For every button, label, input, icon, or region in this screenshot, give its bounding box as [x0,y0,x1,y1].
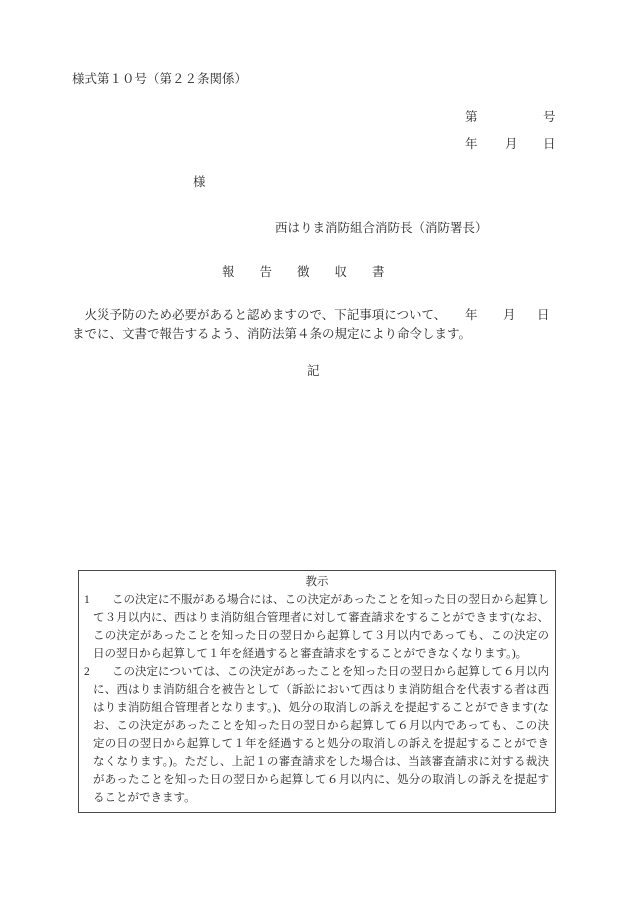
notice-box: 教示 1 この決定に不服がある場合には、この決定があったことを知った日の翌日から… [78,570,556,813]
notice-item-2-number: 2 [84,663,90,681]
body-date-month-label: 月 [503,306,516,325]
document-title: 報 告 徴 収 書 [222,265,385,280]
notice-item-1-number: 1 [84,591,90,609]
doc-number-prefix: 第 [465,110,478,125]
issuer-name: 西はりま消防組合消防長（消防署長） [275,221,488,236]
body-date-year-label: 年 [465,306,478,325]
date-year-label: 年 [465,137,478,152]
notice-item-1: 1 この決定に不服がある場合には、この決定があったことを知った日の翌日から起算し… [85,591,549,663]
record-marker: 記 [307,364,320,379]
date-day-label: 日 [543,137,556,152]
notice-item-2-text: この決定については、この決定があったことを知った日の翌日から起算して６月以内に、… [93,666,549,804]
date-month-label: 月 [505,137,518,152]
body-paragraph-line1: 火災予防のため必要があると認めますので、下記事項について、 [72,306,446,325]
doc-number-suffix: 号 [543,110,556,125]
body-paragraph-line2: までに、文書で報告するよう、消防法第４条の規定により命令します。 [72,325,471,344]
notice-item-1-text: この決定に不服がある場合には、この決定があったことを知った日の翌日から起算して３… [93,594,549,660]
form-number-label: 様式第１０号（第２２条関係） [72,72,247,87]
notice-title: 教示 [85,573,549,591]
notice-item-2: 2 この決定については、この決定があったことを知った日の翌日から起算して６月以内… [85,663,549,807]
body-date-day-label: 日 [537,306,550,325]
document-page: 様式第１０号（第２２条関係） 第 号 年 月 日 様 西はりま消防組合消防長（消… [0,0,630,915]
addressee-honorific: 様 [193,175,206,190]
